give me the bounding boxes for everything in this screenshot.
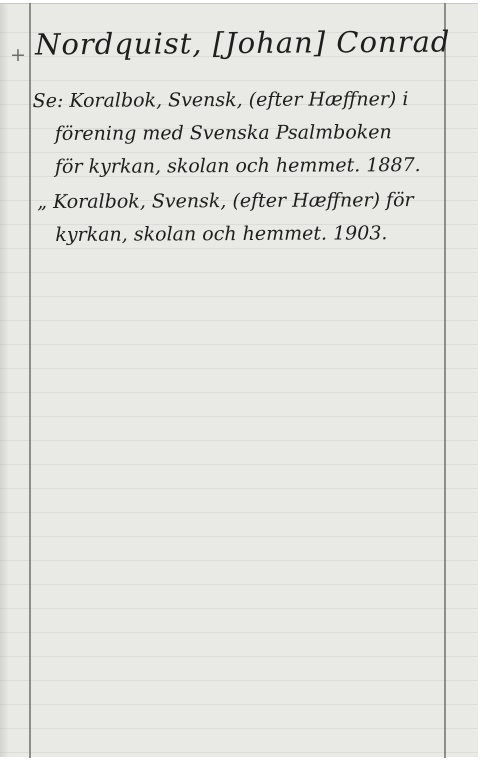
entry-line-ditto-reference: „ Koralbok, Svensk, (efter Hæffner) för bbox=[37, 184, 445, 219]
scanned-catalog-card: + Nordquist, [Johan] Conrad Se: Koralbok… bbox=[0, 0, 500, 760]
catalog-entries: Se: Koralbok, Svensk, (efter Hæffner) i … bbox=[33, 83, 446, 252]
entry-line-continuation: för kyrkan, skolan och hemmet. 1887. bbox=[55, 149, 445, 184]
plus-mark: + bbox=[7, 43, 29, 67]
entry-line-see-reference: Se: Koralbok, Svensk, (efter Hæffner) i bbox=[33, 83, 445, 118]
card-heading: Nordquist, [Johan] Conrad bbox=[35, 25, 451, 62]
entry-line-continuation: kyrkan, skolan och hemmet. 1903. bbox=[55, 217, 445, 252]
entry-line-continuation: förening med Svenska Psalmboken bbox=[55, 116, 445, 151]
left-margin-line bbox=[29, 3, 31, 758]
